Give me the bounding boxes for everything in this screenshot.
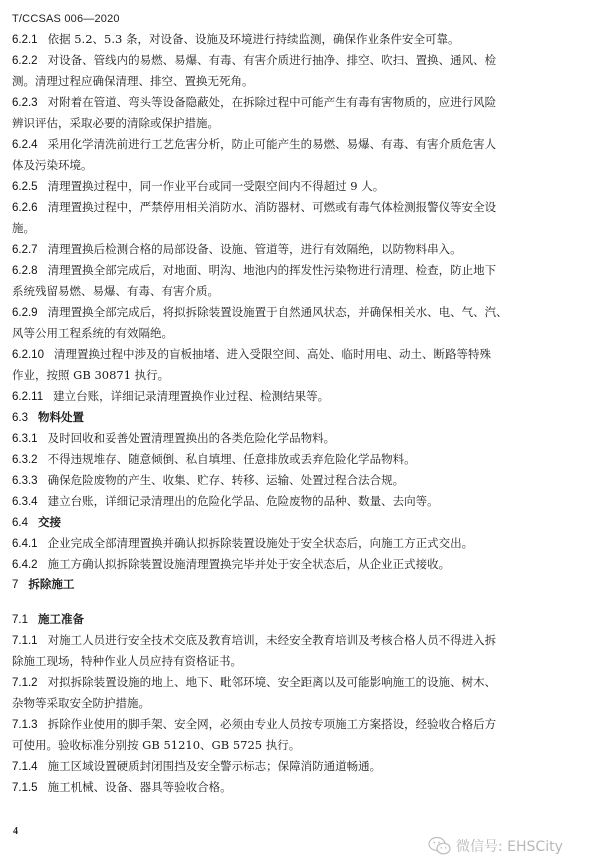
- clause-text: 施。: [12, 221, 35, 235]
- page-number: 4: [13, 826, 18, 837]
- clause: 6.4.2施工方确认拟拆除装置设施清理置换完毕并处于安全状态后，从企业正式接收。: [12, 557, 450, 572]
- clause-text: 对施工人员进行安全技术交底及教育培训，未经安全教育培训及考核合格人员不得进入拆: [48, 633, 497, 647]
- clause-text: 建立台账，详细记录清理置换作业过程、检测结果等。: [53, 389, 329, 403]
- clause-text: 清理置换全部完成后，对地面、明沟、地池内的挥发性污染物进行清理、检查，防止地下: [48, 263, 497, 277]
- clause-number: 7.1.2: [12, 676, 38, 690]
- clause-number: 6.3.2: [12, 453, 38, 467]
- section-heading: 7拆除施工: [12, 577, 74, 592]
- clause-text: 对拟拆除装置设施的地上、地下、毗邻环境、安全距离以及可能影响施工的设施、树木、: [48, 675, 497, 689]
- clause-continuation: 测。清理过程应确保清理、排空、置换无死角。: [12, 74, 254, 88]
- clause: 6.2.11建立台账，详细记录清理置换作业过程、检测结果等。: [12, 389, 329, 404]
- clause: 6.3.4建立台账，详细记录清理出的危险化学品、危险废物的品种、数量、去向等。: [12, 494, 439, 509]
- clause-number: 6.2.6: [12, 201, 38, 215]
- clause: 7.1.1对施工人员进行安全技术交底及教育培训，未经安全教育培训及考核合格人员不…: [12, 633, 496, 648]
- clause: 6.2.1依据 5.2、5.3 条，对设备、设施及环境进行持续监测，确保作业条件…: [12, 32, 459, 47]
- clause: 7.1.2对拟拆除装置设施的地上、地下、毗邻环境、安全距离以及可能影响施工的设施…: [12, 675, 496, 690]
- clause-text: 对设备、管线内的易燃、易爆、有毒、有害介质进行抽净、排空、吹扫、置换、通风、检: [48, 53, 497, 67]
- clause-text: 企业完成全部清理置换并确认拟拆除装置设施处于安全状态后，向施工方正式交出。: [48, 536, 474, 550]
- clause-number: 6.2.1: [12, 33, 38, 47]
- clause-number: 6.4.1: [12, 537, 38, 551]
- clause: 6.2.9清理置换全部完成后，将拟拆除装置设施置于自然通风状态，并确保相关水、电…: [12, 305, 508, 320]
- clause: 7.1.5施工机械、设备、器具等验收合格。: [12, 780, 232, 795]
- clause-number: 6.2.9: [12, 306, 38, 320]
- clause-continuation: 除施工现场，特种作业人员应持有资格证书。: [12, 654, 242, 668]
- clause-continuation: 风等公用工程系统的有效隔绝。: [12, 326, 173, 340]
- clause-number: 6.2.2: [12, 54, 38, 68]
- section-heading: 7.1施工准备: [12, 612, 84, 627]
- clause: 6.2.5清理置换过程中，同一作业平台或同一受限空间内不得超过 9 人。: [12, 179, 384, 194]
- clause: 7.1.3拆除作业使用的脚手架、安全网，必须由专业人员按专项施工方案搭设，经验收…: [12, 717, 496, 732]
- clause-text: 清理置换过程中涉及的盲板抽堵、进入受限空间、高处、临时用电、动土、断路等特殊: [54, 347, 491, 361]
- clause-text: 对附着在管道、弯头等设备隐蔽处，在拆除过程中可能产生有毒有害物质的，应进行风险: [48, 95, 497, 109]
- clause-text: 施工机械、设备、器具等验收合格。: [48, 780, 232, 794]
- clause: 6.2.4采用化学清洗前进行工艺危害分析，防止可能产生的易燃、易爆、有毒、有害介…: [12, 137, 496, 152]
- clause-continuation: 作业，按照 GB 30871 执行。: [12, 368, 169, 382]
- clause-text: 清理置换全部完成后，将拟拆除装置设施置于自然通风状态，并确保相关水、电、气、汽、: [48, 305, 508, 319]
- clause-text: 拆除施工: [28, 577, 74, 591]
- clause: 6.2.6清理置换过程中，严禁停用相关消防水、消防器材、可燃或有毒气体检测报警仪…: [12, 200, 496, 215]
- clause-text: 可使用。验收标准分别按 GB 51210、GB 5725 执行。: [12, 738, 300, 752]
- document-standard-id: T/CCSAS 006—2020: [12, 13, 120, 25]
- clause-text: 系统残留易燃、易爆、有毒、有害介质。: [12, 284, 219, 298]
- clause-number: 6.3.4: [12, 495, 38, 509]
- clause-number: 6.2.4: [12, 138, 38, 152]
- clause-text: 施工区域设置硬质封闭围挡及安全警示标志；保障消防通道畅通。: [48, 759, 382, 773]
- clause-number: 6.2.8: [12, 264, 38, 278]
- clause-text: 物料处置: [38, 410, 84, 424]
- clause-text: 施工准备: [38, 612, 84, 626]
- clause-continuation: 体及污染环境。: [12, 158, 93, 172]
- clause-number: 6.2.7: [12, 243, 38, 257]
- section-heading: 6.3物料处置: [12, 410, 84, 425]
- clause: 6.2.8清理置换全部完成后，对地面、明沟、地池内的挥发性污染物进行清理、检查，…: [12, 263, 496, 278]
- clause-number: 6.3: [12, 411, 28, 425]
- clause-text: 清理置换后检测合格的局部设备、设施、管道等，进行有效隔绝，以防物料串入。: [48, 242, 462, 256]
- clause-number: 7.1.5: [12, 781, 38, 795]
- clause-number: 7.1.3: [12, 718, 38, 732]
- clause: 6.3.1及时回收和妥善处置清理置换出的各类危险化学品物料。: [12, 431, 335, 446]
- clause-number: 6.2.11: [12, 390, 43, 404]
- clause-text: 除施工现场，特种作业人员应持有资格证书。: [12, 654, 242, 668]
- watermark-text: 微信号: EHSCity: [456, 836, 563, 856]
- clause-text: 辨识评估，采取必要的清除或保护措施。: [12, 116, 219, 130]
- clause-text: 体及污染环境。: [12, 158, 93, 172]
- clause: 6.4.1企业完成全部清理置换并确认拟拆除装置设施处于安全状态后，向施工方正式交…: [12, 536, 473, 551]
- clause-text: 测。清理过程应确保清理、排空、置换无死角。: [12, 74, 254, 88]
- clause-text: 不得违规堆存、随意倾倒、私自填埋、任意排放或丢弃危险化学品物料。: [48, 452, 416, 466]
- clause-text: 清理置换过程中，同一作业平台或同一受限空间内不得超过 9 人。: [48, 179, 385, 193]
- clause: 6.3.3确保危险废物的产生、收集、贮存、转移、运输、处置过程合法合规。: [12, 473, 404, 488]
- clause-number: 6.4: [12, 516, 28, 530]
- clause-text: 及时回收和妥善处置清理置换出的各类危险化学品物料。: [48, 431, 336, 445]
- watermark: 微信号: EHSCity: [428, 836, 563, 856]
- clause-number: 6.2.5: [12, 180, 38, 194]
- clause-text: 施工方确认拟拆除装置设施清理置换完毕并处于安全状态后，从企业正式接收。: [48, 557, 451, 571]
- clause-text: 建立台账，详细记录清理出的危险化学品、危险废物的品种、数量、去向等。: [48, 494, 439, 508]
- clause-continuation: 可使用。验收标准分别按 GB 51210、GB 5725 执行。: [12, 738, 300, 752]
- clause-text: 清理置换过程中，严禁停用相关消防水、消防器材、可燃或有毒气体检测报警仪等安全设: [48, 200, 497, 214]
- clause-number: 7.1: [12, 613, 28, 627]
- clause-text: 风等公用工程系统的有效隔绝。: [12, 326, 173, 340]
- clause-text: 拆除作业使用的脚手架、安全网，必须由专业人员按专项施工方案搭设，经验收合格后方: [48, 717, 497, 731]
- clause: 6.2.3对附着在管道、弯头等设备隐蔽处，在拆除过程中可能产生有毒有害物质的，应…: [12, 95, 496, 110]
- clause-text: 依据 5.2、5.3 条，对设备、设施及环境进行持续监测，确保作业条件安全可靠。: [48, 32, 460, 46]
- clause-continuation: 施。: [12, 221, 35, 235]
- clause-number: 6.3.3: [12, 474, 38, 488]
- clause-number: 6.3.1: [12, 432, 38, 446]
- clause-text: 作业，按照 GB 30871 执行。: [12, 368, 169, 382]
- clause-number: 6.2.10: [12, 348, 44, 362]
- clause-text: 杂物等采取安全防护措施。: [12, 696, 150, 710]
- section-heading: 6.4交接: [12, 515, 61, 530]
- clause-continuation: 辨识评估，采取必要的清除或保护措施。: [12, 116, 219, 130]
- clause-text: 交接: [38, 515, 61, 529]
- clause: 6.3.2不得违规堆存、随意倾倒、私自填埋、任意排放或丢弃危险化学品物料。: [12, 452, 416, 467]
- clause-text: 确保危险废物的产生、收集、贮存、转移、运输、处置过程合法合规。: [48, 473, 405, 487]
- clause-text: 采用化学清洗前进行工艺危害分析，防止可能产生的易燃、易爆、有毒、有害介质危害人: [48, 137, 497, 151]
- clause-continuation: 系统残留易燃、易爆、有毒、有害介质。: [12, 284, 219, 298]
- clause-continuation: 杂物等采取安全防护措施。: [12, 696, 150, 710]
- clause: 7.1.4施工区域设置硬质封闭围挡及安全警示标志；保障消防通道畅通。: [12, 759, 381, 774]
- wechat-icon: [428, 836, 452, 856]
- clause: 6.2.7清理置换后检测合格的局部设备、设施、管道等，进行有效隔绝，以防物料串入…: [12, 242, 462, 257]
- clause: 6.2.2对设备、管线内的易燃、易爆、有毒、有害介质进行抽净、排空、吹扫、置换、…: [12, 53, 496, 68]
- clause-number: 6.2.3: [12, 96, 38, 110]
- clause-number: 7.1.4: [12, 760, 38, 774]
- clause-number: 6.4.2: [12, 558, 38, 572]
- clause-number: 7: [12, 578, 18, 592]
- clause: 6.2.10清理置换过程中涉及的盲板抽堵、进入受限空间、高处、临时用电、动土、断…: [12, 347, 491, 362]
- clause-number: 7.1.1: [12, 634, 38, 648]
